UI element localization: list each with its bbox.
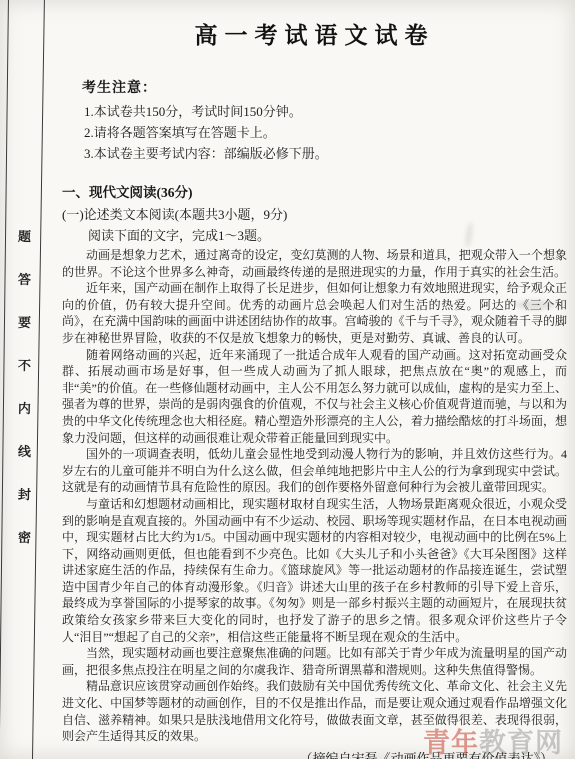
- seal-char: 线: [18, 441, 31, 460]
- notice-item: 2.请将各题答案填写在答题卡上。: [84, 122, 567, 143]
- seal-line-outer: [0, 0, 9, 759]
- passage-paragraph: 国外的一项调查表明，低幼儿童会显性地受到动漫人物行为的影响，并且效仿这些行为。4…: [62, 446, 567, 496]
- passage-paragraph: 随着网络动画的兴起，近年来涌现了一批适合成年人观看的国产动画。这对拓宽动画受众群…: [62, 347, 567, 447]
- subsection-heading: (一)论述类文本阅读(本题共3小题，9分): [62, 204, 567, 223]
- passage-paragraph: 近年来，国产动画在制作上取得了长足进步，但如何让想象力有效地照进现实，给予观众正…: [62, 280, 567, 346]
- scan-smudge: [515, 300, 555, 310]
- passage-paragraph: 动画是想象力艺术，通过离奇的设定，变幻莫测的人物、场景和道具，把观众带入一个想象…: [62, 247, 567, 280]
- seal-char: 题: [18, 226, 31, 245]
- seal-line-inner: [32, 0, 45, 759]
- seal-text-vertical: 题 答 要 不 内 线 封 密: [18, 226, 31, 546]
- reading-instruction: 阅读下面的文字，完成1～3题。: [62, 225, 567, 244]
- seal-char: 答: [18, 269, 31, 288]
- passage-paragraph: 当然，现实题材动画也要注意聚焦准确的问题。比如有部关于青少年成为流量明星的国产动…: [62, 645, 567, 678]
- notice-items: 1.本试卷共150分，考试时间150分钟。 2.请将各题答案填写在答题卡上。 3…: [84, 101, 567, 164]
- seal-char: 封: [18, 484, 31, 503]
- passage-paragraph: 精品意识应该贯穿动画创作始终。我们鼓励有关中国优秀传统文化、革命文化、社会主义先…: [62, 678, 567, 744]
- page-title: 高一考试语文试卷: [62, 17, 567, 50]
- section-heading: 一、现代文阅读(36分): [62, 181, 567, 201]
- candidate-notice: 考生注意： 1.本试卷共150分，考试时间150分钟。 2.请将各题答案填写在答…: [82, 77, 567, 164]
- seal-char: 要: [18, 312, 31, 331]
- seal-margin: 题 答 要 不 内 线 封 密: [0, 0, 58, 759]
- seal-char: 密: [18, 527, 31, 546]
- paper-content: 高一考试语文试卷 考生注意： 1.本试卷共150分，考试时间150分钟。 2.请…: [62, 0, 567, 759]
- notice-heading: 考生注意：: [82, 77, 567, 97]
- reading-passage: 动画是想象力艺术，通过离奇的设定，变幻莫测的人物、场景和道具，把观众带入一个想象…: [62, 247, 567, 745]
- notice-item: 3.本试卷主要考试内容：部编版必修下册。: [84, 143, 567, 164]
- exam-paper-page: 题 答 要 不 内 线 封 密 高一考试语文试卷 考生注意： 1.本试卷共150…: [0, 0, 575, 759]
- seal-char: 不: [18, 355, 31, 374]
- notice-item: 1.本试卷共150分，考试时间150分钟。: [84, 101, 567, 122]
- seal-char: 内: [18, 398, 31, 417]
- passage-paragraph: 与童话和幻想题材动画相比，现实题材取材自现实生活，人物场景距离观众很近，小观众受…: [62, 496, 567, 645]
- passage-attribution: （摘编自宋磊《动画作品更要有价值表达》）: [62, 748, 567, 759]
